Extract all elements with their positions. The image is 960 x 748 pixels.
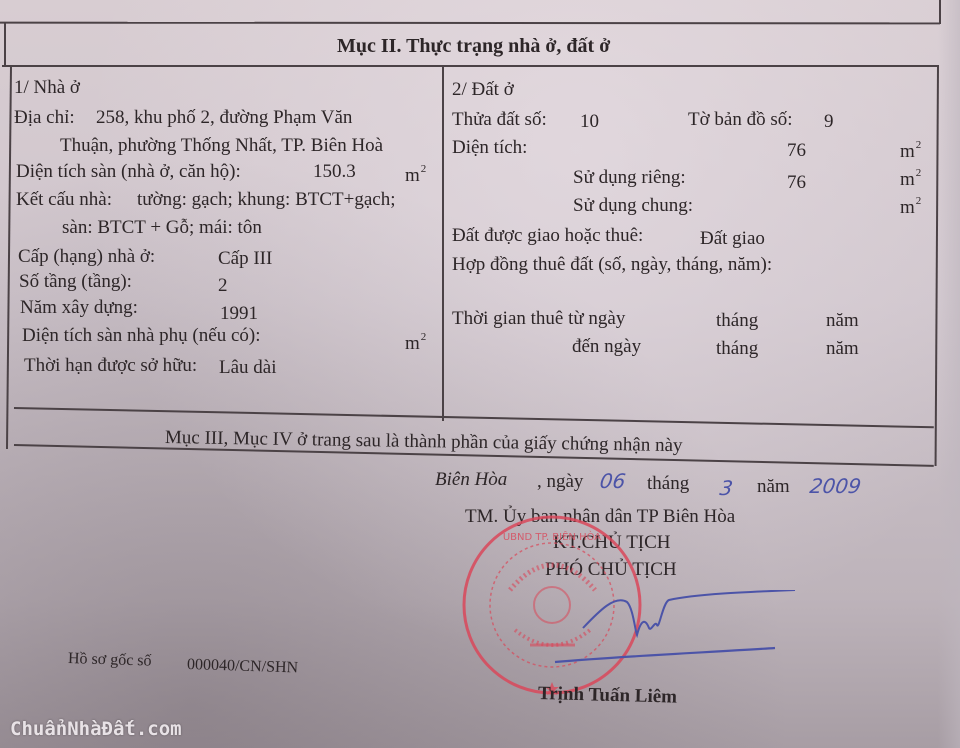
grade-value: Cấp III [218, 249, 272, 268]
section-title: Mục II. Thực trạng nhà ở, đất ở [337, 36, 610, 56]
unit-text: m [900, 169, 915, 190]
structure-label: Kết cấu nhà: [16, 190, 112, 209]
private-use-label: Sử dụng riêng: [573, 168, 686, 187]
parcel-label: Thửa đất số: [452, 110, 547, 129]
signing-day-label: , ngày [537, 472, 583, 491]
private-use-value: 76 [787, 173, 806, 192]
shared-use-unit: m2 [900, 196, 921, 217]
parcel-value: 10 [580, 112, 599, 131]
page-edge-shadow [938, 0, 960, 748]
lease-to-month-label: tháng [716, 339, 758, 358]
signature-icon [545, 590, 805, 670]
shared-use-label: Sử dụng chung: [573, 196, 693, 215]
signing-month-value: 3 [718, 476, 734, 500]
signing-month-label: tháng [647, 474, 689, 493]
lease-to-year-label: năm [826, 339, 859, 358]
unit-superscript: 2 [421, 163, 427, 175]
land-area-label: Diện tích: [452, 138, 527, 157]
year-built-value: 1991 [220, 304, 258, 323]
certificate-page: Mục II. Thực trạng nhà ở, đất ở 1/ Nhà ở… [0, 0, 960, 748]
lease-from-year-label: năm [826, 311, 859, 330]
unit-superscript: 2 [916, 139, 922, 151]
allocation-value: Đất giao [700, 229, 765, 248]
floors-value: 2 [218, 276, 228, 295]
signer-name: Trịnh Tuấn Liêm [538, 684, 677, 707]
watermark-logo: ChuẩnNhàĐất.com [10, 718, 182, 740]
section-title-bottom-line [2, 65, 939, 67]
svg-text:UBND TP. BIÊN HÒA: UBND TP. BIÊN HÒA [503, 530, 601, 543]
footer-note: Mục III, Mục IV ở trang sau là thành phầ… [165, 428, 683, 455]
frame-top-line [0, 22, 940, 24]
signing-place: Biên Hòa [435, 470, 507, 489]
lease-to-label: đến ngày [572, 337, 641, 356]
structure-line1: tường: gạch; khung: BTCT+gạch; [137, 190, 396, 209]
signing-year-value: 2009 [808, 474, 862, 498]
unit-text: m [900, 197, 915, 218]
land-area-value: 76 [787, 141, 806, 160]
unit-text: m [405, 165, 420, 186]
body-bottom-line [14, 407, 934, 428]
structure-line2: sàn: BTCT + Gỗ; mái: tôn [62, 218, 262, 237]
frame-left-line [4, 22, 6, 67]
floors-label: Số tầng (tầng): [19, 272, 132, 291]
record-number-label: Hồ sơ gốc số [68, 651, 152, 670]
address-label: Địa chỉ: [14, 108, 75, 127]
record-number-value: 000040/CN/SHN [187, 657, 299, 676]
unit-superscript: 2 [916, 167, 922, 179]
unit-text: m [900, 141, 915, 162]
land-heading: 2/ Đất ở [452, 80, 514, 99]
map-sheet-value: 9 [824, 112, 834, 131]
signing-day-value: 06 [598, 469, 627, 493]
lease-contract-label: Hợp đồng thuê đất (số, ngày, tháng, năm)… [452, 255, 772, 274]
floor-area-unit: m2 [405, 164, 426, 185]
table-left-line [6, 66, 12, 449]
unit-text: m [405, 333, 420, 354]
ownership-term-value: Lâu dài [219, 358, 277, 377]
lease-from-month-label: tháng [716, 311, 758, 330]
unit-superscript: 2 [916, 195, 922, 207]
address-line2: Thuận, phường Thống Nhất, TP. Biên Hoà [60, 136, 383, 155]
allocation-label: Đất được giao hoặc thuê: [452, 226, 643, 245]
year-built-label: Năm xây dựng: [20, 298, 138, 317]
aux-area-label: Diện tích sàn nhà phụ (nếu có): [22, 326, 260, 345]
lease-from-label: Thời gian thuê từ ngày [452, 309, 625, 328]
floor-area-label: Diện tích sàn (nhà ở, căn hộ): [16, 162, 241, 181]
address-line1: 258, khu phố 2, đường Phạm Văn [96, 108, 352, 127]
floor-area-value: 150.3 [313, 162, 356, 181]
frame-right-line [939, 0, 941, 24]
aux-area-unit: m2 [405, 332, 426, 353]
ownership-term-label: Thời hạn được sở hữu: [24, 356, 197, 375]
land-area-unit: m2 [900, 140, 921, 161]
private-use-unit: m2 [900, 168, 921, 189]
map-sheet-label: Tờ bản đồ số: [688, 110, 793, 129]
house-heading: 1/ Nhà ở [14, 78, 80, 97]
signing-year-label: năm [757, 477, 790, 496]
column-divider-line [442, 66, 444, 421]
unit-superscript: 2 [421, 331, 427, 343]
grade-label: Cấp (hạng) nhà ở: [18, 247, 155, 266]
